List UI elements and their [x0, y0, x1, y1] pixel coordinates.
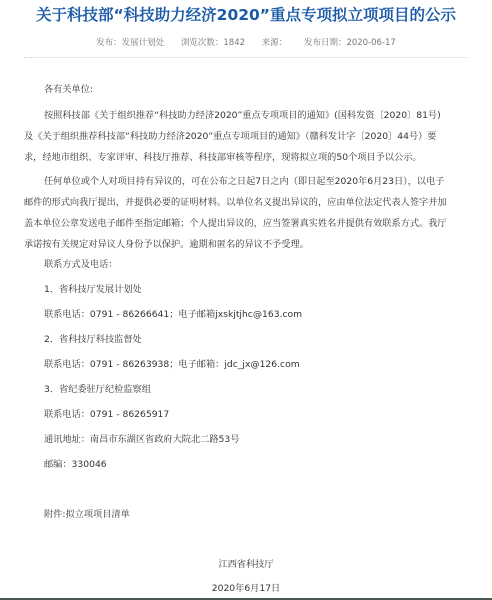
- title-divider: [24, 57, 468, 58]
- meta-publisher: 发布：发展计划处: [96, 36, 164, 48]
- meta-views: 浏览次数：1842: [181, 36, 245, 48]
- signature-org: 江西省科技厅: [0, 558, 492, 572]
- paragraph-1-line-1: 按照科技部《关于组织推荐“科技助力经济2020”重点专项项目的通知》(国科发资〔…: [44, 109, 441, 123]
- paragraph-2-line-3: 盖本单位公章发送电子邮件至指定邮箱；个人提出异议的，应当签署真实姓名并提供有效联…: [24, 217, 447, 231]
- contact-2-name: 2．省科技厅科技监督处: [44, 333, 142, 347]
- page-title: 关于科技部“科技助力经济2020”重点专项拟立项项目的公示: [0, 3, 492, 25]
- contact-2-detail: 联系电话：0791 - 86263938；电子邮箱：jdc_jx@126.com: [44, 358, 300, 372]
- paragraph-1-line-2: 及《关于组织推荐科技部“科技助力经济2020”重点专项项目的通知》（赣科发计字〔…: [24, 130, 437, 144]
- salutation: 各有关单位:: [44, 83, 93, 97]
- paragraph-2-line-2: 邮件的形式向我厅提出，并提供必要的证明材料。以单位名义提出异议的，应由单位法定代…: [24, 196, 447, 210]
- signature-date: 2020年6月17日: [0, 582, 492, 596]
- article-meta: 发布：发展计划处 浏览次数：1842 来源： 发布日期：2020-06-17: [0, 36, 492, 48]
- meta-source: 来源：: [262, 36, 288, 48]
- paragraph-2-line-4: 承诺按有关规定对异议人身份予以保护。逾期和匿名的异议不予受理。: [24, 238, 309, 252]
- meta-date: 发布日期：2020-06-17: [304, 36, 396, 48]
- attachment-link[interactable]: 附件:拟立项项目清单: [44, 508, 130, 522]
- contact-1-detail: 联系电话：0791 - 86266641；电子邮箱jxskjtjhc@163.c…: [44, 308, 302, 322]
- contact-postcode: 邮编：330046: [44, 458, 107, 472]
- paragraph-2-line-1: 任何单位或个人对项目持有异议的，可在公布之日起7日之内（即日起至2020年6月2…: [44, 175, 444, 189]
- contact-1-name: 1．省科技厅发展计划处: [44, 283, 142, 297]
- contact-3-name: 3．省纪委驻厅纪检监察组: [44, 383, 151, 397]
- contact-3-detail: 联系电话：0791 - 86265917: [44, 408, 169, 422]
- paragraph-1-line-3: 求，经地市组织、专家评审、科技厅推荐、科技部审核等程序，现将拟立项的50个项目予…: [24, 151, 422, 165]
- contact-address: 通讯地址：南昌市东湖区省政府大院北二路53号: [44, 433, 239, 447]
- contacts-heading: 联系方式及电话：: [44, 258, 118, 272]
